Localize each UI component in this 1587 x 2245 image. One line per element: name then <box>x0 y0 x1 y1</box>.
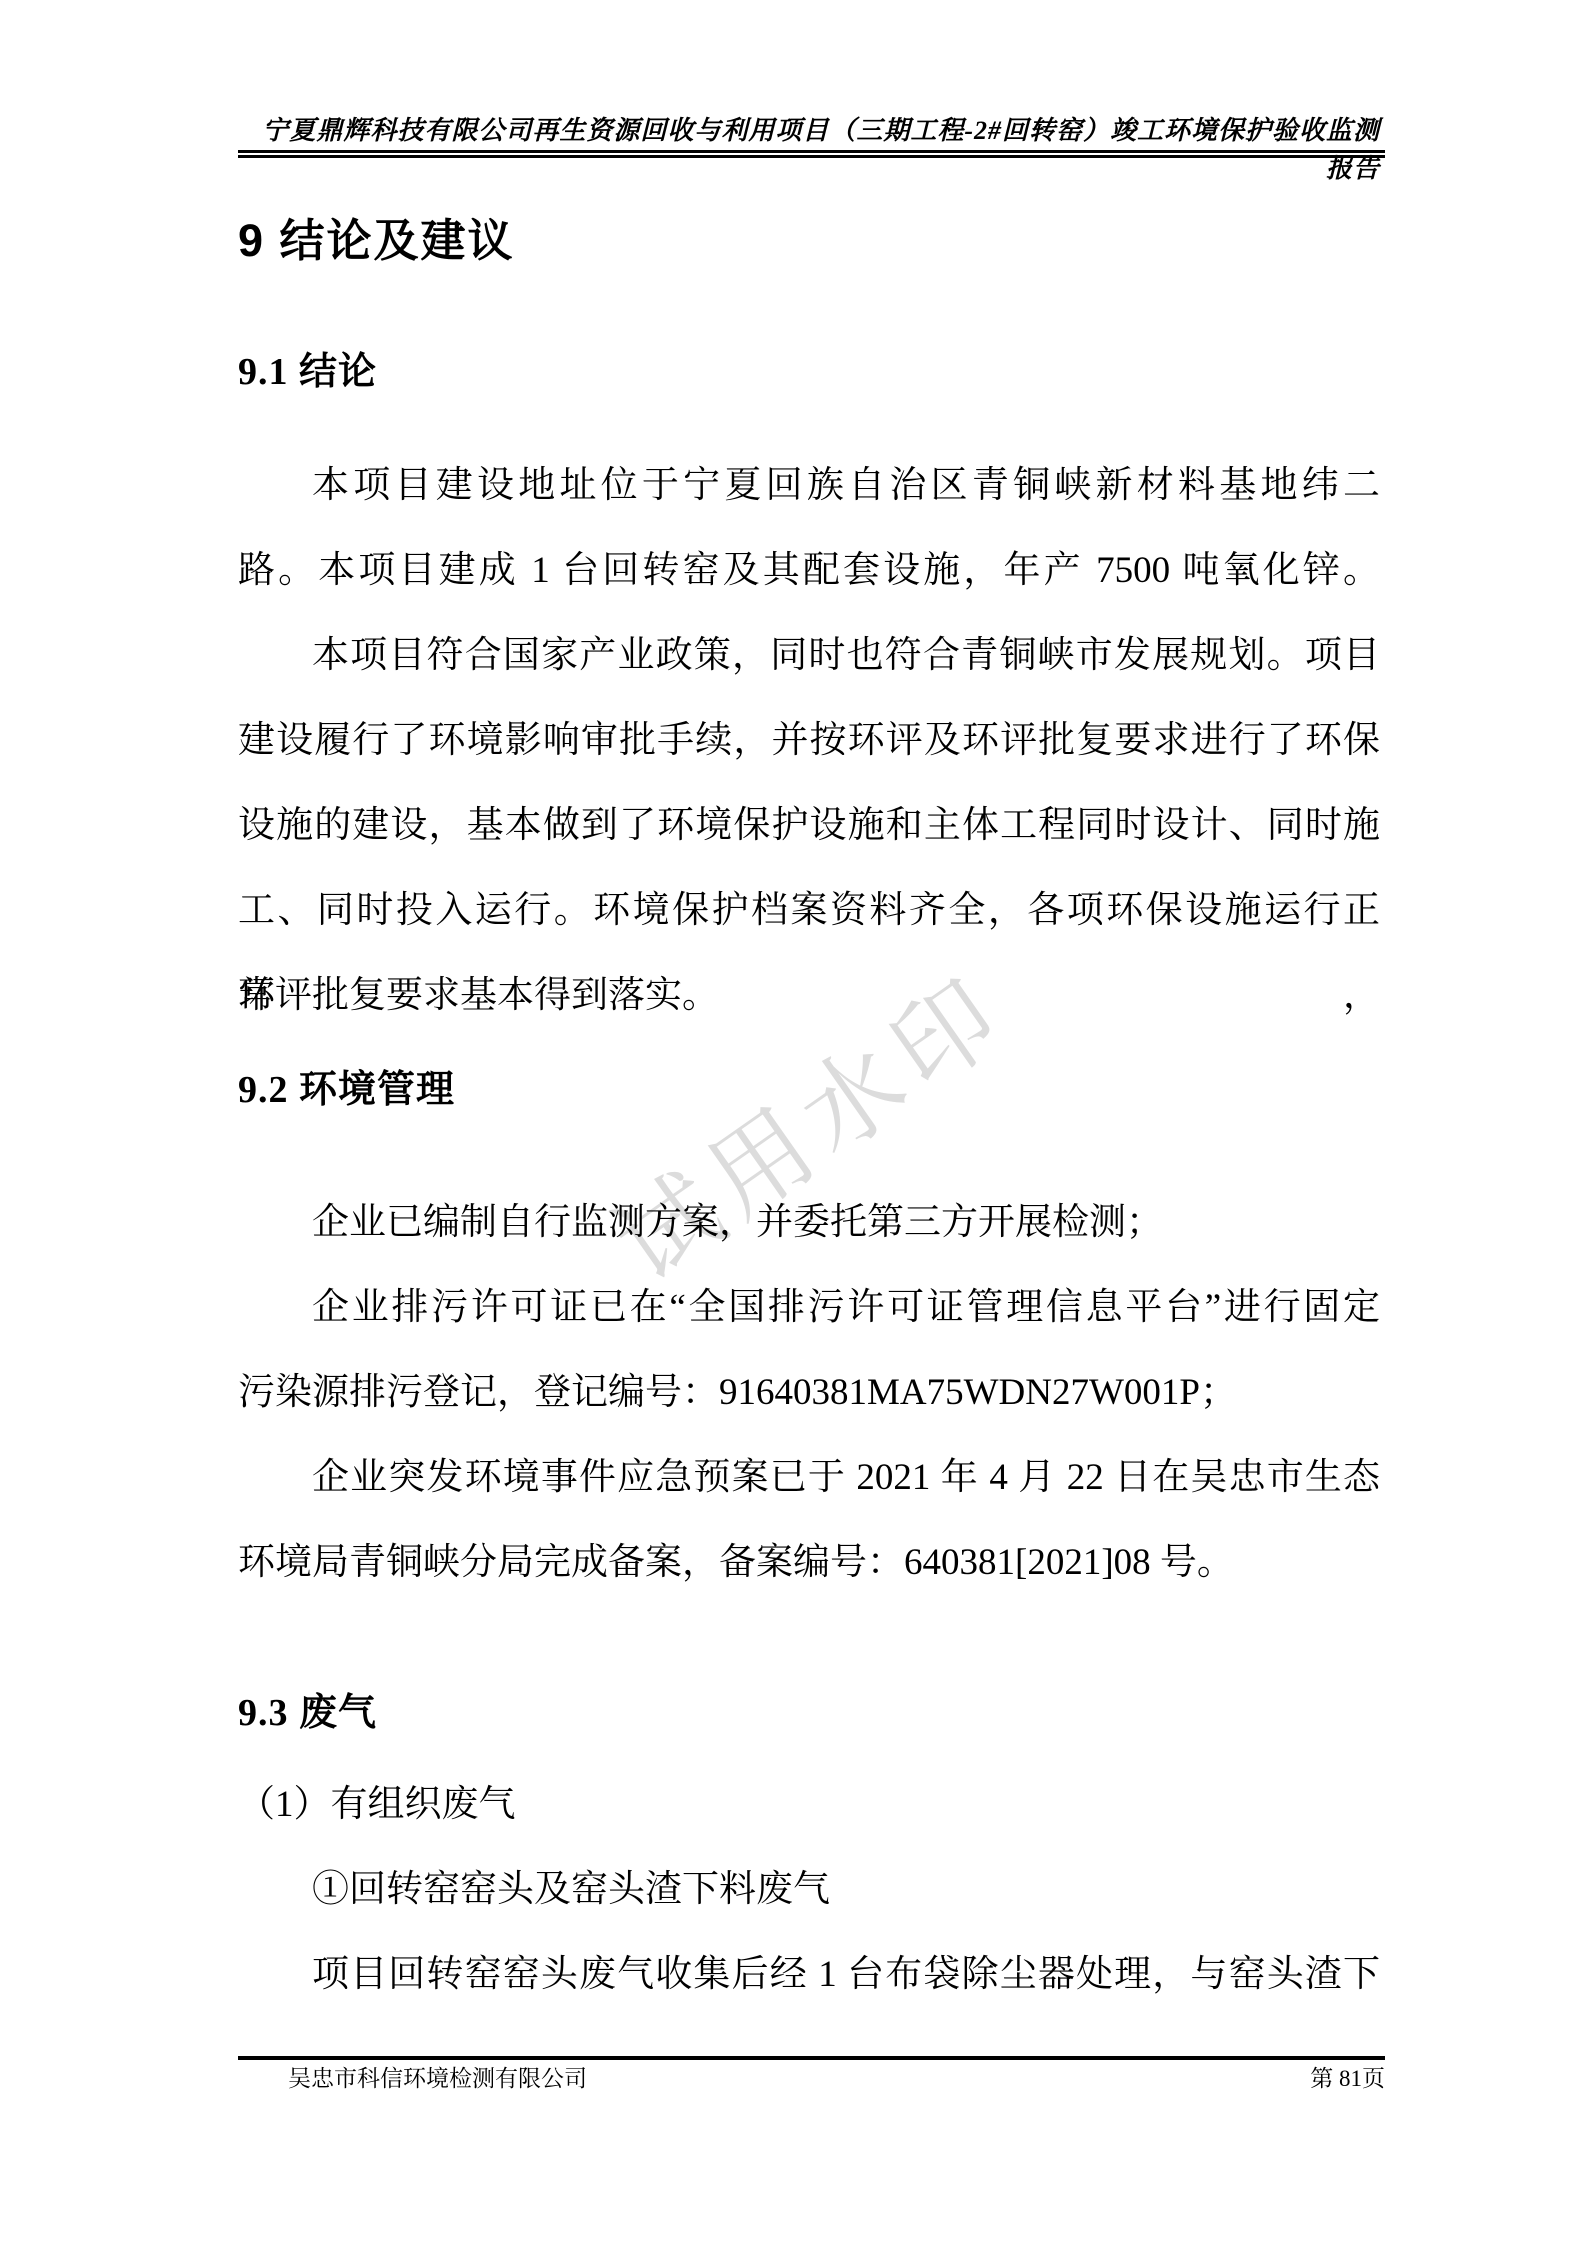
document-page: 试用水印 宁夏鼎辉科技有限公司再生资源回收与利用项目（三期工程-2#回转窑）竣工… <box>0 0 1587 2245</box>
section-9-3-body: （1）有组织废气 ①回转窑窑头及窑头渣下料废气 项目回转窑窑头废气收集后经 1 … <box>238 1762 1380 2017</box>
body-line: （1）有组织废气 <box>238 1762 1380 1847</box>
body-line: 路。本项目建成 1 台回转窑及其配套设施，年产 7500 吨氧化锌。 <box>238 528 1380 613</box>
body-line: 企业排污许可证已在“全国排污许可证管理信息平台”进行固定 <box>238 1265 1380 1350</box>
body-line: 环境局青铜峡分局完成备案，备案编号：640381[2021]08 号。 <box>238 1520 1380 1605</box>
body-line: 企业突发环境事件应急预案已于 2021 年 4 月 22 日在吴忠市生态 <box>238 1435 1380 1520</box>
body-line: 项目回转窑窑头废气收集后经 1 台布袋除尘器处理，与窑头渣下 <box>238 1932 1380 2017</box>
header-double-rule <box>238 150 1385 158</box>
body-line: ①回转窑窑头及窑头渣下料废气 <box>238 1847 1380 1932</box>
footer-page-number: 第 81页 <box>1310 2063 1385 2095</box>
section-heading-9-3: 9.3 废气 <box>238 1690 377 1736</box>
body-line: 企业已编制自行监测方案，并委托第三方开展检测； <box>238 1180 1380 1265</box>
body-line: 设施的建设，基本做到了环境保护设施和主体工程同时设计、同时施 <box>238 783 1380 868</box>
body-line: 建设履行了环境影响审批手续，并按环评及环评批复要求进行了环保 <box>238 698 1380 783</box>
body-line: 工、同时投入运行。环境保护档案资料齐全，各项环保设施运行正常， <box>238 868 1380 953</box>
section-heading-9-1: 9.1 结论 <box>238 349 377 395</box>
section-heading-9-2: 9.2 环境管理 <box>238 1067 455 1113</box>
section-9-1-body: 本项目建设地址位于宁夏回族自治区青铜峡新材料基地纬二 路。本项目建成 1 台回转… <box>238 443 1380 1038</box>
body-line: 污染源排污登记，登记编号：91640381MA75WDN27W001P； <box>238 1350 1380 1435</box>
page-footer: 吴忠市科信环境检测有限公司 第 81页 <box>238 2063 1385 2095</box>
body-line: 本项目符合国家产业政策，同时也符合青铜峡市发展规划。项目 <box>238 613 1380 698</box>
chapter-title: 9 结论及建议 <box>238 212 515 270</box>
section-9-2-body: 企业已编制自行监测方案，并委托第三方开展检测； 企业排污许可证已在“全国排污许可… <box>238 1180 1380 1605</box>
footer-company-name: 吴忠市科信环境检测有限公司 <box>238 2063 587 2095</box>
footer-rule <box>238 2056 1385 2060</box>
body-line: 本项目建设地址位于宁夏回族自治区青铜峡新材料基地纬二 <box>238 443 1380 528</box>
